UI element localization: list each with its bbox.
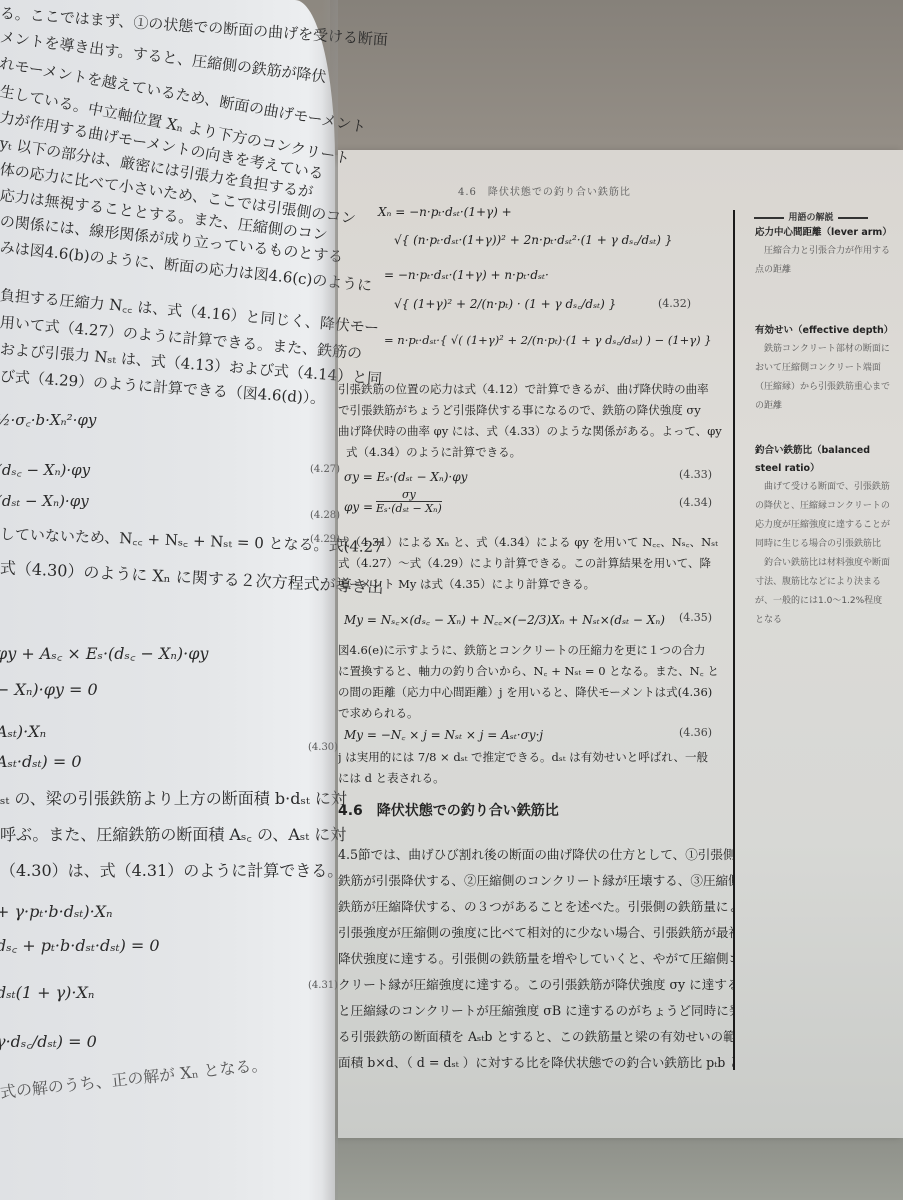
paragraph-5: 4.5節では、曲げひび割れ後の断面の曲げ降伏の仕方として、①引張側の 鉄筋が引張… — [338, 842, 733, 1076]
glossary-term-effective-depth: 有効せい（effective depth） 鉄筋コンクリート部材の断面において圧… — [755, 322, 890, 416]
text-line: 式（4.27）〜式（4.29）により計算できる。この計算結果を用いて、降 — [338, 553, 733, 574]
eq-numerator: σy — [376, 488, 442, 502]
text-line: 4.5節では、曲げひび割れ後の断面の曲げ降伏の仕方として、①引張側の — [338, 842, 733, 868]
equation-number: (4.32) — [658, 297, 691, 310]
text-line: の間の距離（応力中心間距離）j を用いると、降伏モーメントは式(4.36) — [338, 682, 733, 703]
term-description: 鉄筋コンクリート部材の断面において圧縮側コンクリート端面（圧縮縁）から引張鉄筋重… — [755, 340, 890, 416]
text-line: と圧縮縁のコンクリートが圧縮強度 σB に達するのがちょうど同時に発生す — [338, 998, 733, 1024]
text-line: 降伏強度に達する。引張側の鉄筋量を増やしていくと、やがて圧縮側コン — [338, 946, 733, 972]
text-line: に置換すると、軸力の釣り合いから、N꜀ + Nₛₜ = 0 となる。また、N꜀ … — [338, 661, 733, 682]
equation-line: ½·σ꜀·b·Xₙ²·φy — [0, 410, 96, 430]
section-heading: 4.6 降伏状態での釣り合い鉄筋比 — [338, 800, 559, 820]
text-line: 式（4.34）のように計算できる。 — [338, 442, 741, 463]
text-line: 曲げ降伏時の曲率 φy には、式（4.33）のような関係がある。よって、φy — [338, 421, 733, 442]
text-line: 引張強度が圧縮側の強度に比べて相対的に少ない場合、引張鉄筋が最初に — [338, 920, 733, 946]
text-line: 式の解のうち、正の解が Xₙ となる。 — [0, 1052, 268, 1103]
equation-number: (4.34) — [679, 496, 712, 509]
background-surface-bottom — [330, 1138, 903, 1200]
equation-line: (dₛ꜀ − Xₙ)·φy — [0, 460, 90, 480]
text-line: で引張鉄筋がちょうど引張降伏する事になるので、鉄筋の降伏強度 σy — [338, 400, 733, 421]
paragraph-3: 図4.6(e)に示すように、鉄筋とコンクリートの圧縮力を更に１つの合力 に置換す… — [338, 640, 733, 724]
text-line: j は実用的には 7/8 × dₛₜ で推定できる。dₛₜ は有効せいと呼ばれ、… — [338, 747, 733, 768]
left-page: る。ここではまず、①の状態での断面の曲げを受ける断面 メントを導き出す。すると、… — [0, 0, 335, 1200]
eq-line: = n·pₜ·dₛₜ·{ √( (1+γ)² + 2/(n·pₜ)·(1 + γ… — [384, 330, 712, 350]
background-surface-top — [330, 0, 903, 155]
term-description: 圧縮合力と引張合力が作用する点の距離 — [755, 242, 890, 280]
equation-line: + γ·pₜ·b·dₛₜ)·Xₙ — [0, 902, 113, 921]
equation-line: φy + Aₛ꜀ × Eₛ·(dₛ꜀ − Xₙ)·φy — [0, 642, 208, 664]
equation-4-36: My = −N꜀ × j = Nₛₜ × j = Aₛₜ·σy·j (4.36) — [344, 724, 724, 745]
equation-line: dₛₜ(1 + γ)·Xₙ — [0, 983, 94, 1002]
eq-denominator: Eₛ·(dₛₜ − Xₙ) — [376, 502, 442, 515]
glossary-term-balanced-steel-ratio: 釣合い鉄筋比（balanced steel ratio） 曲げて受ける断面で、引… — [755, 442, 890, 630]
eq-text: σy = Eₛ·(dₛₜ − Xₙ)·φy — [344, 470, 467, 484]
equation-4-33: σy = Eₛ·(dₛₜ − Xₙ)·φy (4.33) — [344, 466, 724, 487]
term-description-2: 釣合い鉄筋比は材料強度や断面寸法、腹筋比などにより決まるが、一般的には1.0〜1… — [755, 554, 890, 630]
equation-number: (4.36) — [679, 726, 712, 739]
paragraph-1: 引張鉄筋の位置の応力は式（4.12）で計算できるが、曲げ降伏時の曲率 で引張鉄筋… — [338, 379, 741, 463]
equation-4-35: My = Nₛ꜀×(dₛ꜀ − Xₙ) + N꜀꜀×(−2/3)Xₙ + Nₛₜ… — [344, 609, 724, 630]
equation-line: dₛ꜀ + pₜ·b·dₛₜ·dₛₜ) = 0 — [0, 934, 160, 956]
glossary-sidebar: 用語の解説 応力中心間距離（lever arm） 圧縮合力と引張合力が作用する点… — [733, 210, 895, 1070]
equation-line: Aₛₜ)·Xₙ — [0, 722, 46, 741]
running-head: 4.6 降伏状態での釣り合い鉄筋比 — [458, 183, 631, 198]
text-line: ₛₜ の、梁の引張鉄筋より上方の断面積 b·dₛₜ に対 — [0, 786, 347, 809]
text-line: 式（4.31）による Xₙ と、式（4.34）による φy を用いて N꜀꜀、N… — [338, 532, 733, 553]
eq-line: √{ (1+γ)² + 2/(n·pₜ) · (1 + γ dₛ꜀/dₛₜ) } — [394, 294, 616, 314]
spine-shadow — [322, 0, 338, 1200]
equation-line: − Xₙ)·φy = 0 — [0, 680, 98, 699]
glossary-term-lever-arm: 応力中心間距離（lever arm） 圧縮合力と引張合力が作用する点の距離 — [755, 224, 890, 280]
paragraph-4: j は実用的には 7/8 × dₛₜ で推定できる。dₛₜ は有効せいと呼ばれ、… — [338, 747, 733, 789]
eq-text: My = −N꜀ × j = Nₛₜ × j = Aₛₜ·σy·j — [344, 728, 543, 742]
text-line: 呼ぶ。また、圧縮鉄筋の断面積 Aₛ꜀ の、Aₛₜ に対 — [0, 822, 346, 845]
text-line: （4.30）は、式（4.31）のように計算できる。 — [0, 858, 343, 881]
text-line: 引張鉄筋の位置の応力は式（4.12）で計算できるが、曲げ降伏時の曲率 — [338, 379, 733, 400]
eq-text: My = Nₛ꜀×(dₛ꜀ − Xₙ) + N꜀꜀×(−2/3)Xₙ + Nₛₜ… — [344, 613, 665, 627]
equation-4-34: φy = σy Eₛ·(dₛₜ − Xₙ) (4.34) — [344, 488, 724, 528]
text-line: で求められる。 — [338, 703, 733, 724]
text-line: 面積 b×d、（ d = dₛₜ ）に対する比を降伏状態での釣合い鉄筋比 pₜb… — [338, 1050, 733, 1076]
equation-line: γ·dₛ꜀/dₛₜ) = 0 — [0, 1030, 97, 1052]
eq-lhs: φy = — [344, 497, 373, 517]
term-title: 有効せい（effective depth） — [755, 322, 890, 340]
text-line: 図4.6(e)に示すように、鉄筋とコンクリートの圧縮力を更に１つの合力 — [338, 640, 733, 661]
equation-number: (4.33) — [679, 468, 712, 481]
paragraph-2: 式（4.31）による Xₙ と、式（4.34）による φy を用いて N꜀꜀、N… — [338, 532, 733, 595]
right-page: 4.6 降伏状態での釣り合い鉄筋比 Xₙ = −n·pₜ·dₛₜ·(1+γ) +… — [338, 150, 903, 1138]
eq-line: Xₙ = −n·pₜ·dₛₜ·(1+γ) + — [378, 202, 512, 222]
text-line: には d と表される。 — [338, 768, 733, 789]
eq-line: √{ (n·pₜ·dₛₜ·(1+γ))² + 2n·pₜ·dₛₜ²·(1 + γ… — [394, 230, 672, 250]
term-description: 曲げて受ける断面で、引張鉄筋の降伏と、圧縮縁コンクリートの応力度が圧縮強度に達す… — [755, 478, 890, 554]
eq-line: = −n·pₜ·dₛₜ·(1+γ) + n·pₜ·dₛₜ· — [384, 265, 549, 285]
term-title: 釣合い鉄筋比（balanced steel ratio） — [755, 442, 890, 478]
text-line: る引張鉄筋の断面積を Aₛₜb とすると、この鉄筋量と梁の有効せいの範囲の断 — [338, 1024, 733, 1050]
text-line: 鉄筋が引張降伏する、②圧縮側のコンクリート縁が圧壊する、③圧縮側の — [338, 868, 733, 894]
text-line: 鉄筋が圧縮降伏する、の３つがあることを述べた。引張側の鉄筋量による — [338, 894, 733, 920]
equation-line: (dₛₜ − Xₙ)·φy — [0, 492, 89, 510]
equation-4-32: Xₙ = −n·pₜ·dₛₜ·(1+γ) + √{ (n·pₜ·dₛₜ·(1+γ… — [378, 202, 738, 407]
term-title: 応力中心間距離（lever arm） — [755, 224, 890, 242]
text-line: モーメント My は式（4.35）により計算できる。 — [338, 574, 733, 595]
text-line: クリート縁が圧縮強度に達する。この引張鉄筋が降伏強度 σy に達するの — [338, 972, 733, 998]
equation-line: Aₛₜ·dₛₜ) = 0 — [0, 752, 82, 771]
glossary-heading: 用語の解説 — [731, 210, 891, 223]
equation-number: (4.35) — [679, 611, 712, 624]
